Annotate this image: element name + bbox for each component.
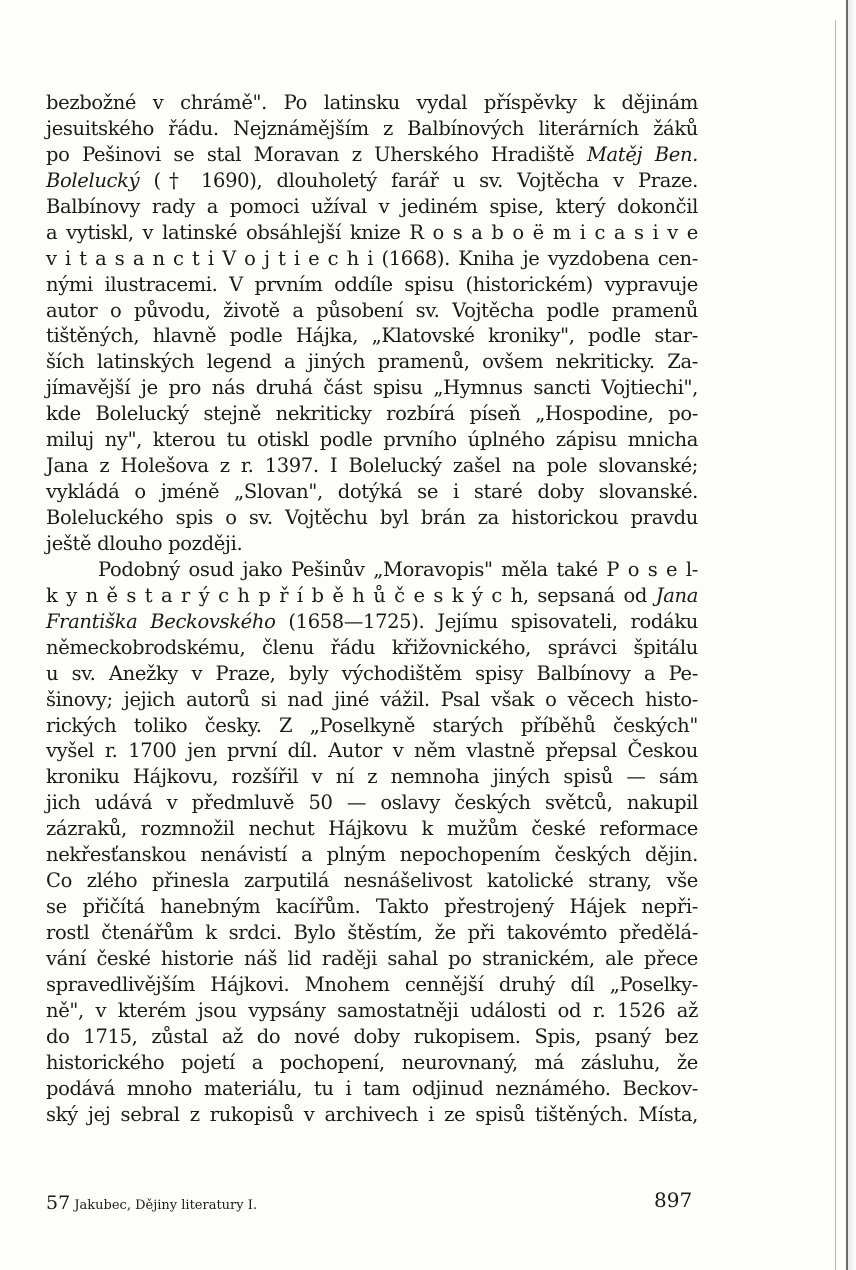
page-binding-edge bbox=[846, 0, 848, 1270]
text-line: nekřesťanskou nenávistí a plným nepochop… bbox=[46, 842, 698, 868]
text-line: v i t a s a n c t i V o j t i e c h i (1… bbox=[46, 246, 698, 272]
text-line: šinovy; jejich autorů si nad jiné vážil.… bbox=[46, 687, 698, 713]
text-line: jich udává v předmluvě 50 — oslavy český… bbox=[46, 790, 698, 816]
signature-text: Jakubec, Dějiny literatury I. bbox=[74, 1198, 257, 1213]
text-line: vyšel r. 1700 jen první díl. Autor v něm… bbox=[46, 738, 698, 764]
text-line: po Pešinovi se stal Moravan z Uherského … bbox=[46, 142, 698, 168]
text-line: kroniku Hájkovu, rozšířil v ní z nemnoha… bbox=[46, 764, 698, 790]
text-line: k y n ě s t a r ý c h p ř í b ě h ů č e … bbox=[46, 583, 698, 609]
text-line: nými ilustracemi. V prvním oddíle spisu … bbox=[46, 272, 698, 298]
text-line: spravedlivějším Hájkovi. Mnohem cennější… bbox=[46, 972, 698, 998]
text-line: ně", v kterém jsou vypsány samostatněji … bbox=[46, 998, 698, 1024]
signature-number: 57 bbox=[46, 1192, 70, 1214]
text-line: do 1715, zůstal až do nové doby rukopise… bbox=[46, 1024, 698, 1050]
text-line: autor o původu, životě a působení sv. Vo… bbox=[46, 298, 698, 324]
text-line: miluj ny", kterou tu otiskl podle prvníh… bbox=[46, 427, 698, 453]
text-line: u sv. Anežky v Praze, byly východištěm s… bbox=[46, 661, 698, 687]
page-edge-line bbox=[835, 20, 836, 1270]
page-number: 897 bbox=[654, 1188, 692, 1212]
page-edge-shade bbox=[848, 0, 856, 1270]
text-line: Balbínovy rady a pomoci užíval v jediném… bbox=[46, 194, 698, 220]
text-line: se přičítá hanebným kacířům. Takto přest… bbox=[46, 894, 698, 920]
text-line: zázraků, rozmnožil nechut Hájkovu k mužů… bbox=[46, 816, 698, 842]
text-line: ších latinských legend a jiných pramenů,… bbox=[46, 349, 698, 375]
text-line: rických toliko česky. Z „Poselkyně starý… bbox=[46, 713, 698, 739]
text-line: Co zlého přinesla zarputilá nesnášelivos… bbox=[46, 868, 698, 894]
text-line: jímavější je pro nás druhá část spisu „H… bbox=[46, 375, 698, 401]
paragraph-end-line: ještě dlouho později. bbox=[46, 531, 698, 557]
text-line: podává mnoho materiálu, tu i tam odjinud… bbox=[46, 1076, 698, 1102]
text-line: Bolelucký († 1690), dlouholetý farář u s… bbox=[46, 168, 698, 194]
text-line: rostl čtenářům k srdci. Bylo štěstím, že… bbox=[46, 920, 698, 946]
text-line: historického pojetí a pochopení, neurovn… bbox=[46, 1050, 698, 1076]
text-line: Jana z Holešova z r. 1397. I Bolelucký z… bbox=[46, 453, 698, 479]
italic-name: Jana bbox=[656, 584, 698, 607]
text-line: Františka Beckovského (1658—1725). Jejím… bbox=[46, 609, 698, 635]
italic-name: Františka Beckovského bbox=[46, 610, 275, 633]
text-line: Boleluckého spis o sv. Vojtěchu byl brán… bbox=[46, 505, 698, 531]
body-text: bezbožné v chrámě". Po latinsku vydal př… bbox=[46, 90, 698, 1128]
footer-signature: 57 Jakubec, Dějiny literatury I. bbox=[46, 1192, 257, 1214]
text-line: kde Bolelucký stejně nekriticky rozbírá … bbox=[46, 401, 698, 427]
paragraph-start-line: Podobný osud jako Pešinův „Moravopis" mě… bbox=[46, 557, 698, 583]
italic-name: Matěj Ben. bbox=[587, 143, 698, 166]
text-line: vání české historie náš lid raději sahal… bbox=[46, 946, 698, 972]
text-line: tištěných, hlavně podle Hájka, „Klatovsk… bbox=[46, 323, 698, 349]
italic-name: Bolelucký bbox=[46, 169, 139, 192]
text-line: německobrodskému, členu řádu křižovnické… bbox=[46, 635, 698, 661]
text-line: bezbožné v chrámě". Po latinsku vydal př… bbox=[46, 90, 698, 116]
text-line: jesuitského řádu. Nejznámějším z Balbíno… bbox=[46, 116, 698, 142]
text-line: a vytiskl, v latinské obsáhlejší knize R… bbox=[46, 220, 698, 246]
text-line: ský jej sebral z rukopisů v archivech i … bbox=[46, 1102, 698, 1128]
text-line: vykládá o jméně „Slovan", dotýká se i st… bbox=[46, 479, 698, 505]
